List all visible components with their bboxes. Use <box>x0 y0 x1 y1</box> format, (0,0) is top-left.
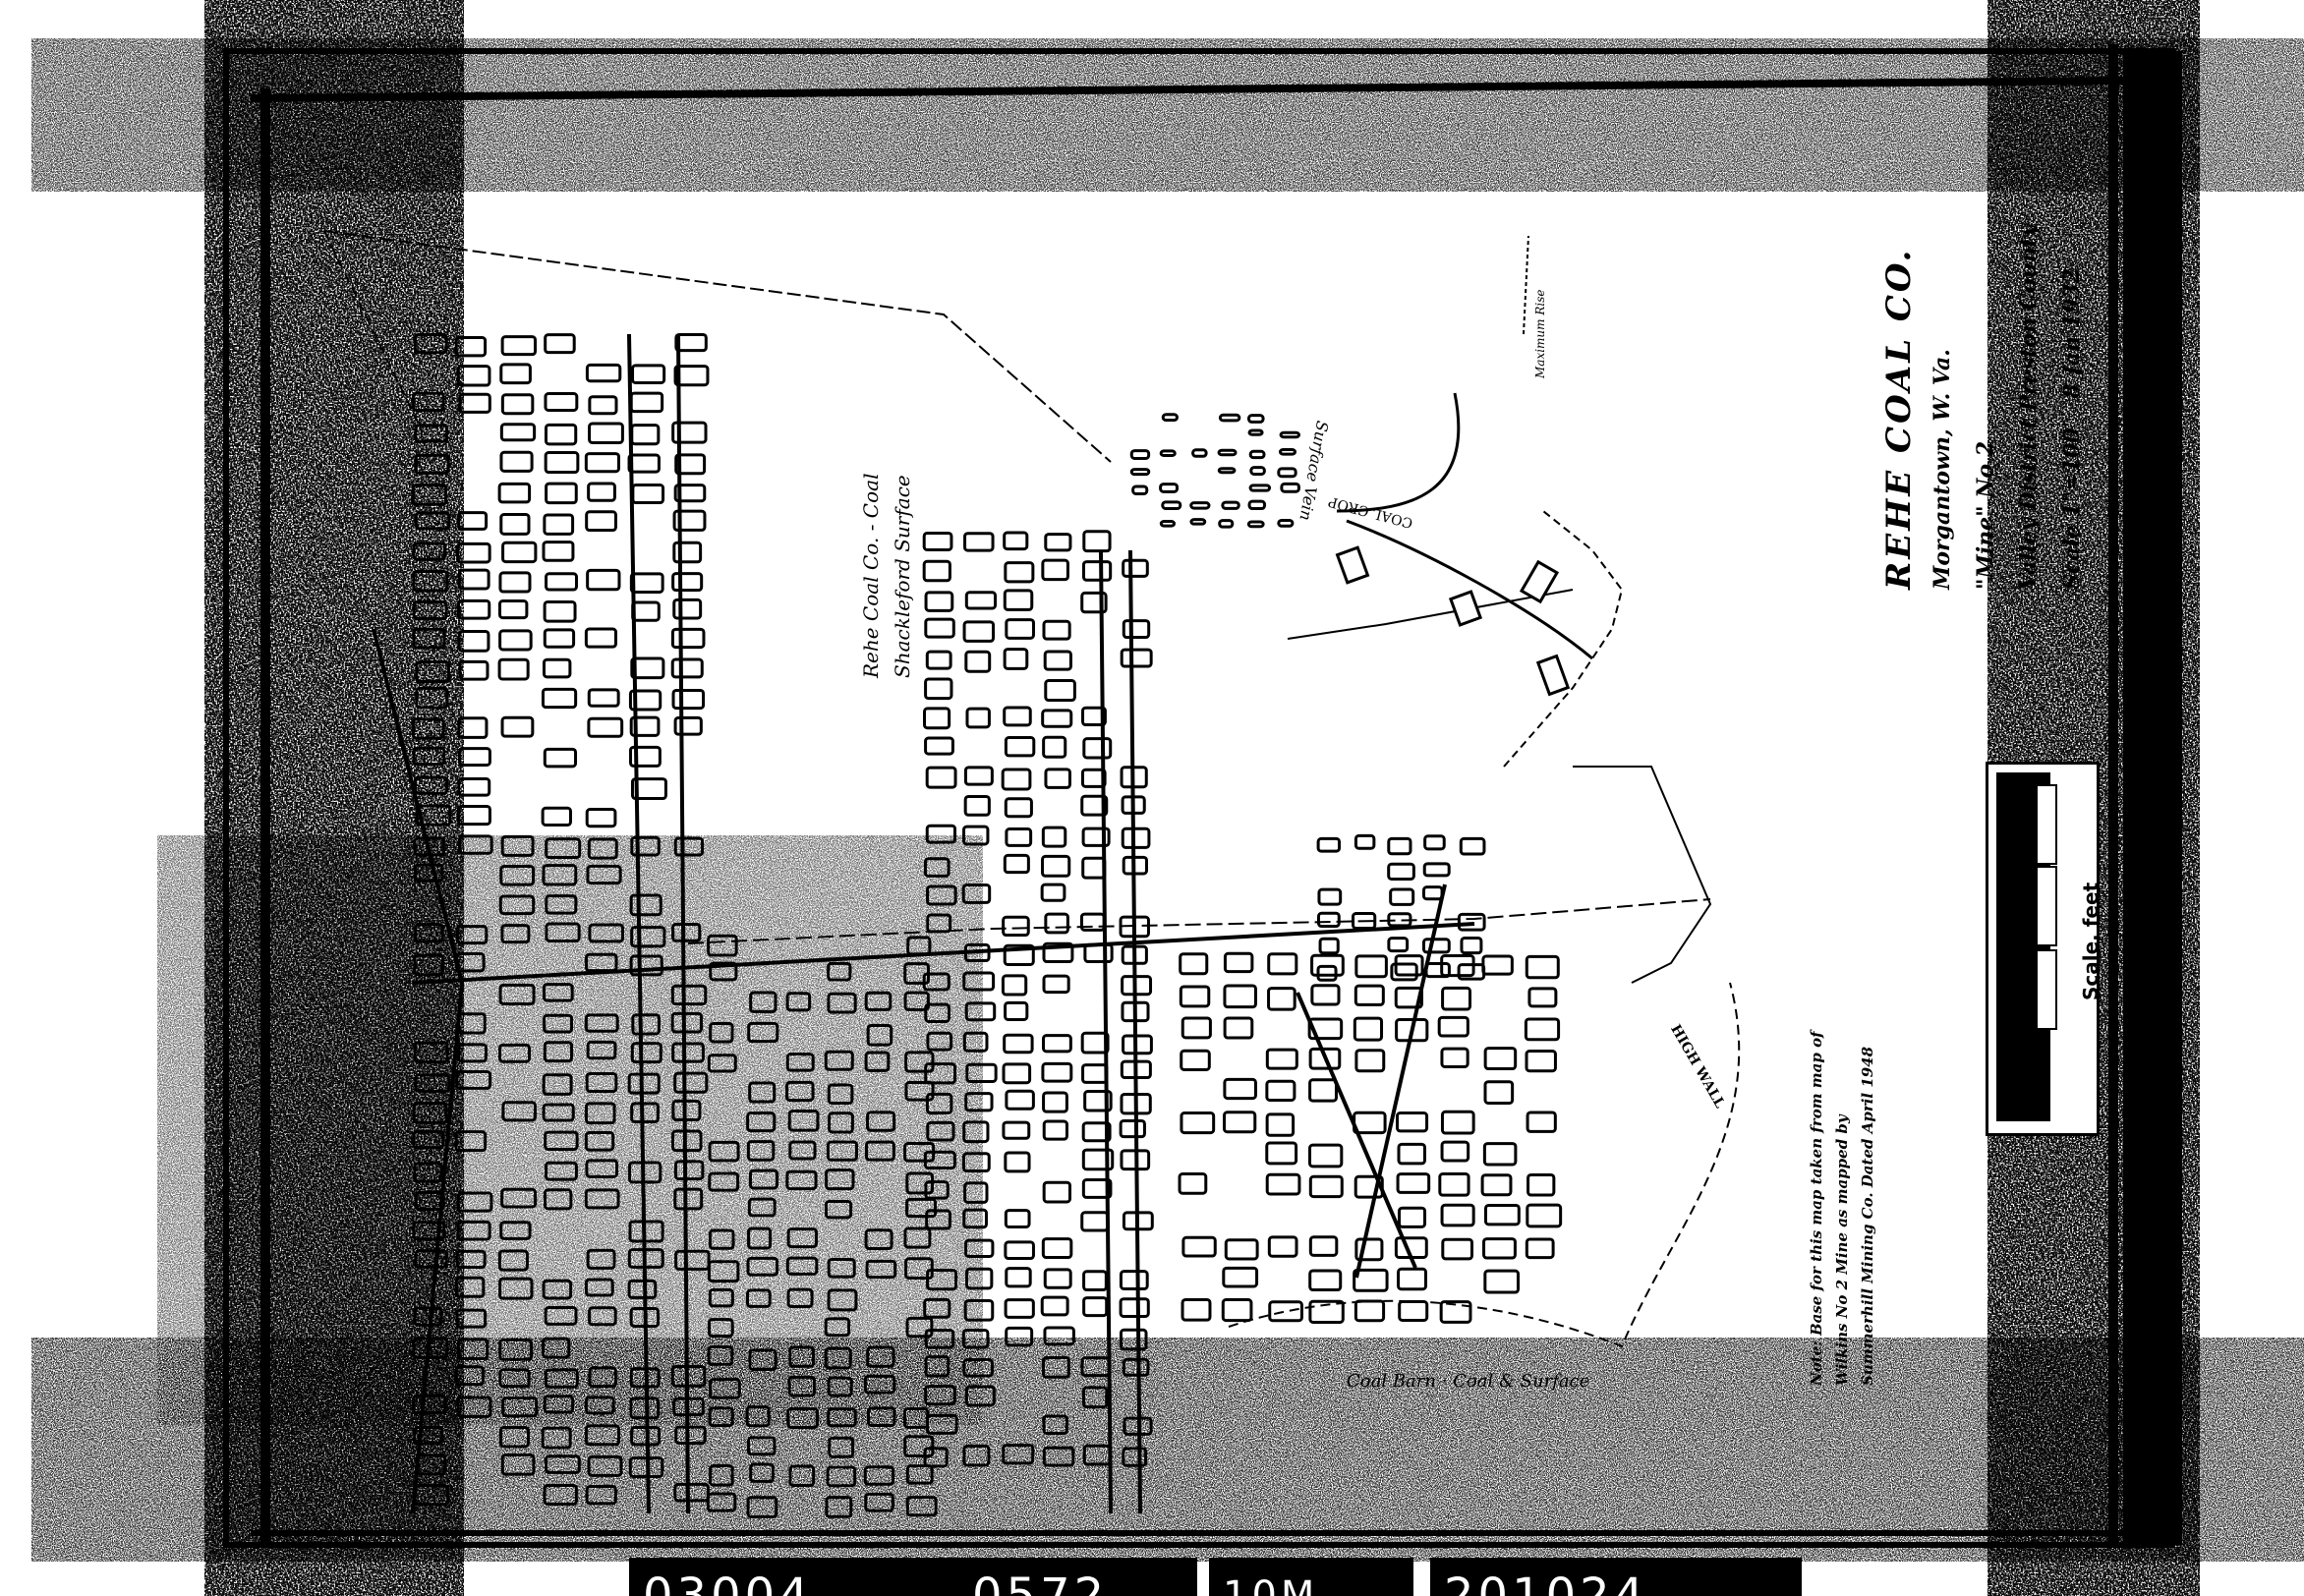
shackleford-label-line2: Shackleford Surface <box>887 474 918 678</box>
film-tag: 03004 <box>629 1558 971 1596</box>
maximum-rise-label: Maximum Rise <box>1533 290 1547 378</box>
note-line: Summerhill Mining Co. Dated April 1948 <box>1855 1031 1880 1386</box>
scale-bar-graphic <box>1996 772 2050 1121</box>
map-date: 8 Jan 1932 <box>2059 268 2085 399</box>
scale-bar: Scale, feet <box>1986 762 2100 1136</box>
note-line: Wilkins No 2 Mine as mapped by <box>1829 1031 1855 1386</box>
title-block: REHE COAL CO. Morgantown, W. Va. "Mine" … <box>1877 224 2094 590</box>
map-scale: Scale 1"=100' <box>2059 422 2085 590</box>
film-tag: 0572 <box>958 1558 1197 1596</box>
scale-date-line: Scale 1"=100' 8 Jan 1932 <box>2050 224 2094 590</box>
note-line: Note: Base for this map taken from map o… <box>1804 1031 1829 1386</box>
base-map-note: Note: Base for this map taken from map o… <box>1804 1031 1880 1386</box>
film-tag: 10M <box>1209 1558 1413 1596</box>
film-tag: 201024 <box>1430 1558 1802 1596</box>
mine-name: "Mine" No 2 <box>1964 224 2007 590</box>
location: Morgantown, W. Va. <box>1921 224 1964 590</box>
coal-barn-label: Coal Barn · Coal & Surface <box>1347 1371 1589 1392</box>
district: Valley District Preston County <box>2007 224 2050 590</box>
archive-film-strip: 03004 0572 10M 201024 <box>0 1558 2304 1596</box>
shackleford-label-line1: Rehe Coal Co. - Coal <box>855 474 887 678</box>
scale-label: Scale, feet <box>2079 883 2102 1000</box>
company-name: REHE COAL CO. <box>1877 224 1921 590</box>
shackleford-label: Rehe Coal Co. - Coal Shackleford Surface <box>855 474 918 678</box>
